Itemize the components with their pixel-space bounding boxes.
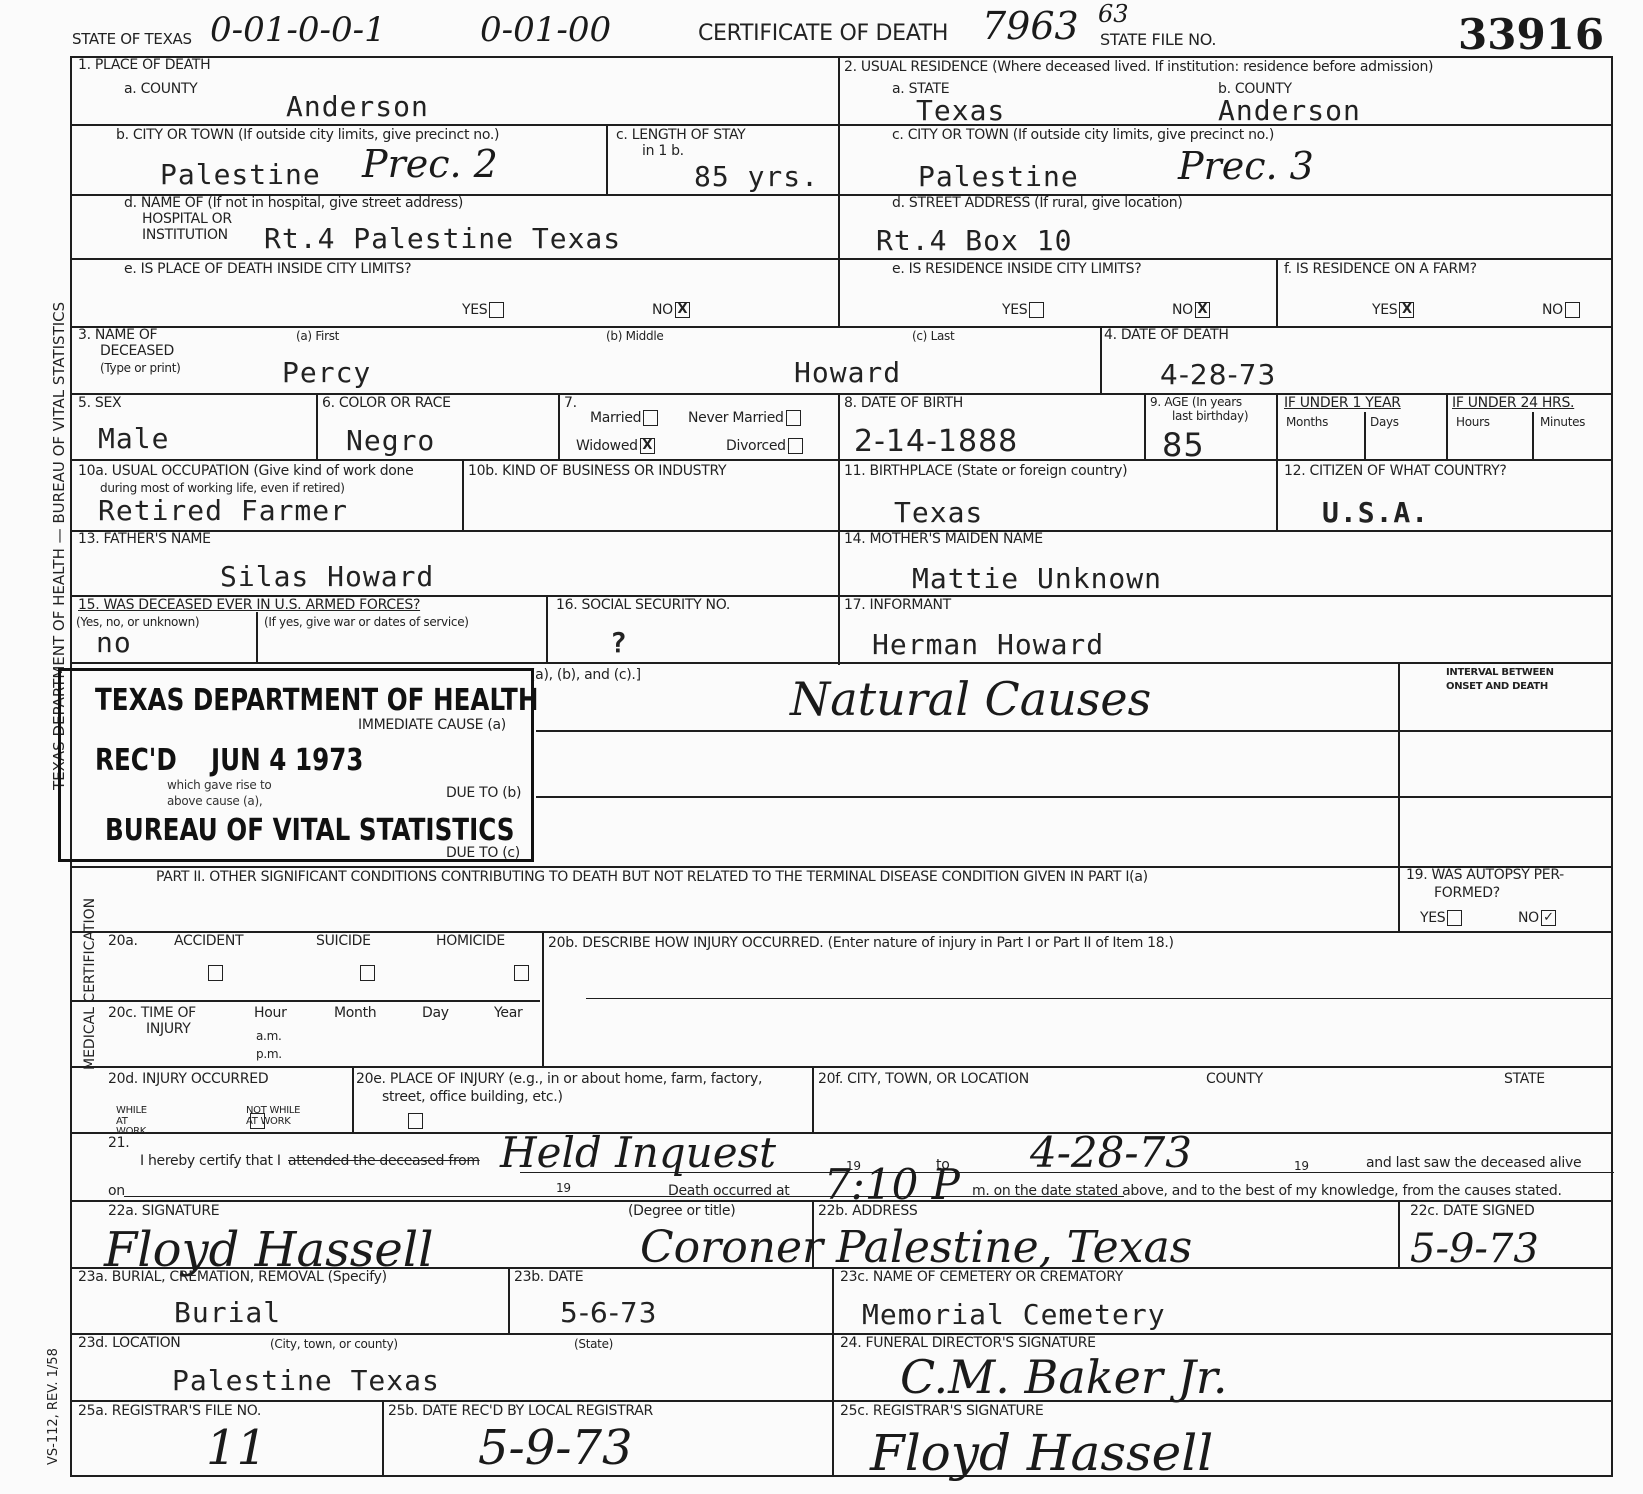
to-date-handwritten[interactable]: 4-28-73: [1030, 1128, 1192, 1177]
checkbox-checked[interactable]: X: [1195, 302, 1210, 318]
stamp-department: TEXAS DEPARTMENT OF HEALTH: [95, 683, 538, 718]
m-text: m. on the date stated above, and to the …: [972, 1184, 1562, 1199]
armed-forces-label: 15. WAS DECEASED EVER IN U.S. ARMED FORC…: [78, 598, 420, 613]
day-label: Day: [422, 1006, 449, 1021]
funeral-director-label: 24. FUNERAL DIRECTOR'S SIGNATURE: [840, 1336, 1096, 1351]
burial-date-label: 23b. DATE: [514, 1270, 583, 1285]
not-while-at-work-checkbox[interactable]: [408, 1113, 423, 1129]
place-of-injury-label-2: street, office building, etc.): [382, 1090, 563, 1105]
signature-label: 22a. SIGNATURE: [108, 1204, 219, 1219]
stamp-date: JUN 4 1973: [211, 743, 363, 778]
item-21-label: 21.: [108, 1136, 129, 1151]
hospital-label-3: INSTITUTION: [142, 228, 228, 243]
checkbox-checked[interactable]: X: [1399, 302, 1414, 318]
armed-forces-sublabel: (Yes, no, or unknown): [76, 616, 199, 629]
state-code-handwritten: 0-01-0-0-1: [210, 10, 386, 50]
divorced-option[interactable]: Divorced: [726, 438, 803, 454]
interval-label-2: ONSET AND DEATH: [1446, 682, 1548, 693]
residence-inside-limits-yes[interactable]: YES: [1002, 302, 1044, 318]
burial-method-label: 23a. BURIAL, CREMATION, REMOVAL (Specify…: [78, 1270, 387, 1285]
death-inside-limits-yes[interactable]: YES: [462, 302, 504, 318]
interval-label: INTERVAL BETWEEN: [1446, 668, 1554, 679]
on-label: on: [108, 1184, 125, 1199]
degree-label: (Degree or title): [628, 1204, 735, 1219]
hospital-value[interactable]: Rt.4 Palestine Texas: [264, 222, 621, 255]
date-of-death-value[interactable]: 4-28-73: [1160, 358, 1276, 391]
state-file-label: STATE FILE NO.: [1100, 32, 1216, 49]
date-signed-label: 22c. DATE SIGNED: [1410, 1204, 1534, 1219]
residence-inside-limits-no[interactable]: NOX: [1172, 302, 1210, 318]
address-value[interactable]: Palestine, Texas: [836, 1222, 1192, 1273]
ssn-label: 16. SOCIAL SECURITY NO.: [556, 598, 730, 613]
location-sublabel: (City, town, or county): [270, 1338, 398, 1351]
state-sublabel: (State): [574, 1338, 613, 1351]
last-saw-text: and last saw the deceased alive: [1366, 1156, 1581, 1171]
informant-label: 17. INFORMANT: [844, 598, 951, 613]
informant-value[interactable]: Herman Howard: [872, 628, 1104, 661]
autopsy-no[interactable]: NO✓: [1518, 910, 1556, 926]
cemetery-value[interactable]: Memorial Cemetery: [862, 1298, 1166, 1331]
autopsy-label-2: FORMED?: [1434, 886, 1500, 901]
stamp-bureau: BUREAU OF VITAL STATISTICS: [105, 813, 514, 848]
last-name-value[interactable]: Howard: [794, 356, 901, 389]
time-of-death-handwritten[interactable]: 7:10 P: [824, 1160, 960, 1209]
address-label: 22b. ADDRESS: [818, 1204, 918, 1219]
year-label: Year: [494, 1006, 522, 1021]
year-prefix-3: 19: [556, 1182, 571, 1195]
homicide-label: HOMICIDE: [436, 934, 505, 949]
hospital-label: d. NAME OF (If not in hospital, give str…: [124, 196, 463, 211]
residence-city-value[interactable]: Palestine: [918, 160, 1079, 193]
cemetery-label: 23c. NAME OF CEMETERY OR CREMATORY: [840, 1270, 1123, 1285]
registrar-date-value[interactable]: 5-9-73: [478, 1420, 633, 1476]
from-handwritten[interactable]: Held Inquest: [500, 1128, 776, 1177]
citizen-label: 12. CITIZEN OF WHAT COUNTRY?: [1284, 464, 1507, 479]
stamp-recd: REC'D: [95, 743, 177, 778]
under-1yr-label: IF UNDER 1 YEAR: [1284, 396, 1401, 411]
months-label: Months: [1286, 416, 1328, 429]
mother-value[interactable]: Mattie Unknown: [912, 562, 1162, 595]
married-option[interactable]: Married: [590, 410, 658, 426]
homicide-checkbox[interactable]: [514, 965, 529, 981]
armed-service-sublabel: (If yes, give war or dates of service): [264, 616, 469, 629]
superscript-handwritten: 63: [1098, 0, 1129, 28]
farm-no[interactable]: NO: [1542, 302, 1580, 318]
registrar-date-label: 25b. DATE REC'D BY LOCAL REGISTRAR: [388, 1404, 653, 1419]
under-24hrs-label: IF UNDER 24 HRS.: [1452, 396, 1574, 411]
age-label: 9. AGE (In years: [1150, 396, 1242, 409]
dob-value[interactable]: 2-14-1888: [854, 424, 1018, 459]
name-label-3: (Type or print): [100, 362, 181, 375]
injury-city-label: 20f. CITY, TOWN, OR LOCATION: [818, 1072, 1029, 1087]
burial-method-value[interactable]: Burial: [174, 1296, 281, 1329]
race-value[interactable]: Negro: [346, 424, 435, 457]
business-label: 10b. KIND OF BUSINESS OR INDUSTRY: [468, 464, 726, 479]
injury-20a-label: 20a.: [108, 934, 138, 949]
injury-state-label: STATE: [1504, 1072, 1545, 1087]
death-occurred-label: Death occurred at: [668, 1184, 790, 1199]
part2-label: PART II. OTHER SIGNIFICANT CONDITIONS CO…: [156, 870, 1148, 885]
never-married-option[interactable]: Never Married: [688, 410, 801, 426]
location-value[interactable]: Palestine Texas: [172, 1364, 440, 1397]
state-label: STATE OF TEXAS: [72, 32, 192, 48]
registrar-file-value[interactable]: 11: [206, 1420, 267, 1476]
name-label-2: DECEASED: [100, 344, 174, 359]
checkbox[interactable]: [489, 302, 504, 318]
mother-label: 14. MOTHER'S MAIDEN NAME: [844, 532, 1043, 547]
sex-label: 5. SEX: [78, 396, 121, 411]
sex-value[interactable]: Male: [98, 422, 169, 455]
time-of-injury-label-2: INJURY: [146, 1022, 191, 1037]
death-precinct-handwritten: Prec. 2: [362, 142, 498, 186]
place-of-death-label: 1. PLACE OF DEATH: [78, 58, 210, 73]
residence-label: 2. USUAL RESIDENCE (Where deceased lived…: [844, 60, 1433, 75]
autopsy-yes[interactable]: YES: [1420, 910, 1462, 926]
hospital-label-2: HOSPITAL OR: [142, 212, 232, 227]
residence-county-value[interactable]: Anderson: [1218, 94, 1361, 127]
death-inside-limits-label: e. IS PLACE OF DEATH INSIDE CITY LIMITS?: [124, 262, 411, 277]
frame-bottom: [70, 1475, 1613, 1477]
suicide-label: SUICIDE: [316, 934, 371, 949]
while-at-work-label: WHILE AT WORK: [116, 1106, 160, 1138]
certify-text: I hereby certify that I: [140, 1154, 281, 1169]
first-name-value[interactable]: Percy: [282, 356, 371, 389]
describe-injury-label: 20b. DESCRIBE HOW INJURY OCCURRED. (Ente…: [548, 936, 1174, 951]
name-label: 3. NAME OF: [78, 328, 157, 343]
farm-yes[interactable]: YESX: [1372, 302, 1414, 318]
month-label: Month: [334, 1006, 376, 1021]
residence-state-value[interactable]: Texas: [916, 94, 1005, 127]
widowed-option[interactable]: WidowedX: [576, 438, 655, 454]
location-label: 23d. LOCATION: [78, 1336, 180, 1351]
pm-label: p.m.: [256, 1048, 282, 1061]
race-label: 6. COLOR OR RACE: [322, 396, 451, 411]
residence-precinct-handwritten: Prec. 3: [1178, 144, 1314, 188]
residence-inside-limits-label: e. IS RESIDENCE INSIDE CITY LIMITS?: [892, 262, 1141, 277]
occupation-label-2: during most of working life, even if ret…: [100, 482, 345, 495]
divider-col1: [838, 56, 840, 326]
age-value[interactable]: 85: [1162, 426, 1205, 464]
place-of-injury-label: 20e. PLACE OF INJURY (e.g., in or about …: [356, 1072, 762, 1087]
checkbox[interactable]: [1029, 302, 1044, 318]
not-while-at-work-label: NOT WHILE AT WORK: [246, 1106, 308, 1127]
hours-label: Hours: [1456, 416, 1490, 429]
received-stamp: TEXAS DEPARTMENT OF HEALTH REC'D JUN 4 1…: [58, 668, 534, 862]
length-of-stay-label: c. LENGTH OF STAY: [616, 128, 745, 143]
degree-value[interactable]: Coroner: [640, 1222, 823, 1273]
farm-label: f. IS RESIDENCE ON A FARM?: [1284, 262, 1477, 277]
residence-street-label: d. STREET ADDRESS (If rural, give locati…: [892, 196, 1183, 211]
registrar-signature-label: 25c. REGISTRAR'S SIGNATURE: [840, 1404, 1043, 1419]
burial-date-value[interactable]: 5-6-73: [560, 1296, 657, 1329]
certificate-title: CERTIFICATE OF DEATH: [698, 22, 948, 45]
accident-label: ACCIDENT: [174, 934, 243, 949]
father-value[interactable]: Silas Howard: [220, 560, 434, 593]
form-revision-label: VS-112, REV. 1/58: [46, 1348, 61, 1465]
dob-label: 8. DATE OF BIRTH: [844, 396, 963, 411]
ssn-value[interactable]: ?: [610, 626, 628, 659]
citizen-value[interactable]: U.S.A.: [1322, 496, 1429, 529]
injury-occurred-label: 20d. INJURY OCCURRED: [108, 1072, 268, 1087]
am-label: a.m.: [256, 1030, 281, 1043]
district-code-handwritten: 0-01-00: [480, 10, 611, 50]
frame-top: [70, 56, 1613, 58]
minutes-label: Minutes: [1540, 416, 1585, 429]
medical-certification-side-label: MEDICAL CERTIFICATION: [82, 898, 98, 1070]
length-of-stay-value[interactable]: 85 yrs.: [694, 160, 819, 193]
occupation-value[interactable]: Retired Farmer: [98, 494, 348, 527]
residence-city-label: c. CITY OR TOWN (If outside city limits,…: [892, 128, 1274, 143]
registrar-file-label: 25a. REGISTRAR'S FILE NO.: [78, 1404, 261, 1419]
length-of-stay-sublabel: in 1 b.: [642, 144, 684, 159]
hour-label: Hour: [254, 1006, 287, 1021]
checkbox-checked[interactable]: X: [675, 302, 690, 318]
registrar-signature[interactable]: Floyd Hassell: [870, 1424, 1213, 1482]
immediate-cause-handwritten[interactable]: Natural Causes: [790, 672, 1151, 726]
funeral-director-signature[interactable]: C.M. Baker Jr.: [900, 1350, 1227, 1404]
checkbox[interactable]: [1565, 302, 1580, 318]
death-county-value[interactable]: Anderson: [286, 90, 429, 123]
time-of-injury-label: 20c. TIME OF: [108, 1006, 196, 1021]
days-label: Days: [1370, 416, 1399, 429]
residence-street-value[interactable]: Rt.4 Box 10: [876, 224, 1072, 257]
armed-forces-value[interactable]: no: [96, 626, 132, 659]
date-signed-value[interactable]: 5-9-73: [1410, 1226, 1539, 1272]
birthplace-label: 11. BIRTHPLACE (State or foreign country…: [844, 464, 1127, 479]
first-name-label: (a) First: [296, 330, 339, 343]
birthplace-value[interactable]: Texas: [894, 496, 983, 529]
marital-label: 7.: [564, 396, 577, 411]
injury-county-label: COUNTY: [1206, 1072, 1263, 1087]
struck-attended-text: attended the deceased from: [288, 1154, 480, 1169]
conditions-label: which gave rise to: [167, 779, 271, 792]
age-label-2: last birthday): [1172, 410, 1248, 423]
suicide-checkbox[interactable]: [360, 965, 375, 981]
death-city-value[interactable]: Palestine: [160, 158, 321, 191]
conditions-label-3: above cause (a),: [167, 795, 262, 808]
last-name-label: (c) Last: [912, 330, 954, 343]
death-city-label: b. CITY OR TOWN (If outside city limits,…: [116, 128, 499, 143]
frame-right: [1611, 56, 1613, 1477]
year-prefix-2: 19: [1294, 1160, 1309, 1173]
occupation-label: 10a. USUAL OCCUPATION (Give kind of work…: [78, 464, 413, 479]
middle-name-label: (b) Middle: [606, 330, 663, 343]
accident-checkbox[interactable]: [208, 965, 223, 981]
local-number-handwritten: 7963: [982, 4, 1079, 48]
father-label: 13. FATHER'S NAME: [78, 532, 211, 547]
state-file-number: 33916: [1458, 10, 1604, 59]
death-inside-limits-no[interactable]: NOX: [652, 302, 690, 318]
death-county-label: a. COUNTY: [124, 82, 197, 97]
date-of-death-label: 4. DATE OF DEATH: [1104, 328, 1229, 343]
autopsy-label: 19. WAS AUTOPSY PER-: [1406, 868, 1564, 883]
cause-abc-label: (a), (b), and (c).]: [530, 668, 641, 683]
